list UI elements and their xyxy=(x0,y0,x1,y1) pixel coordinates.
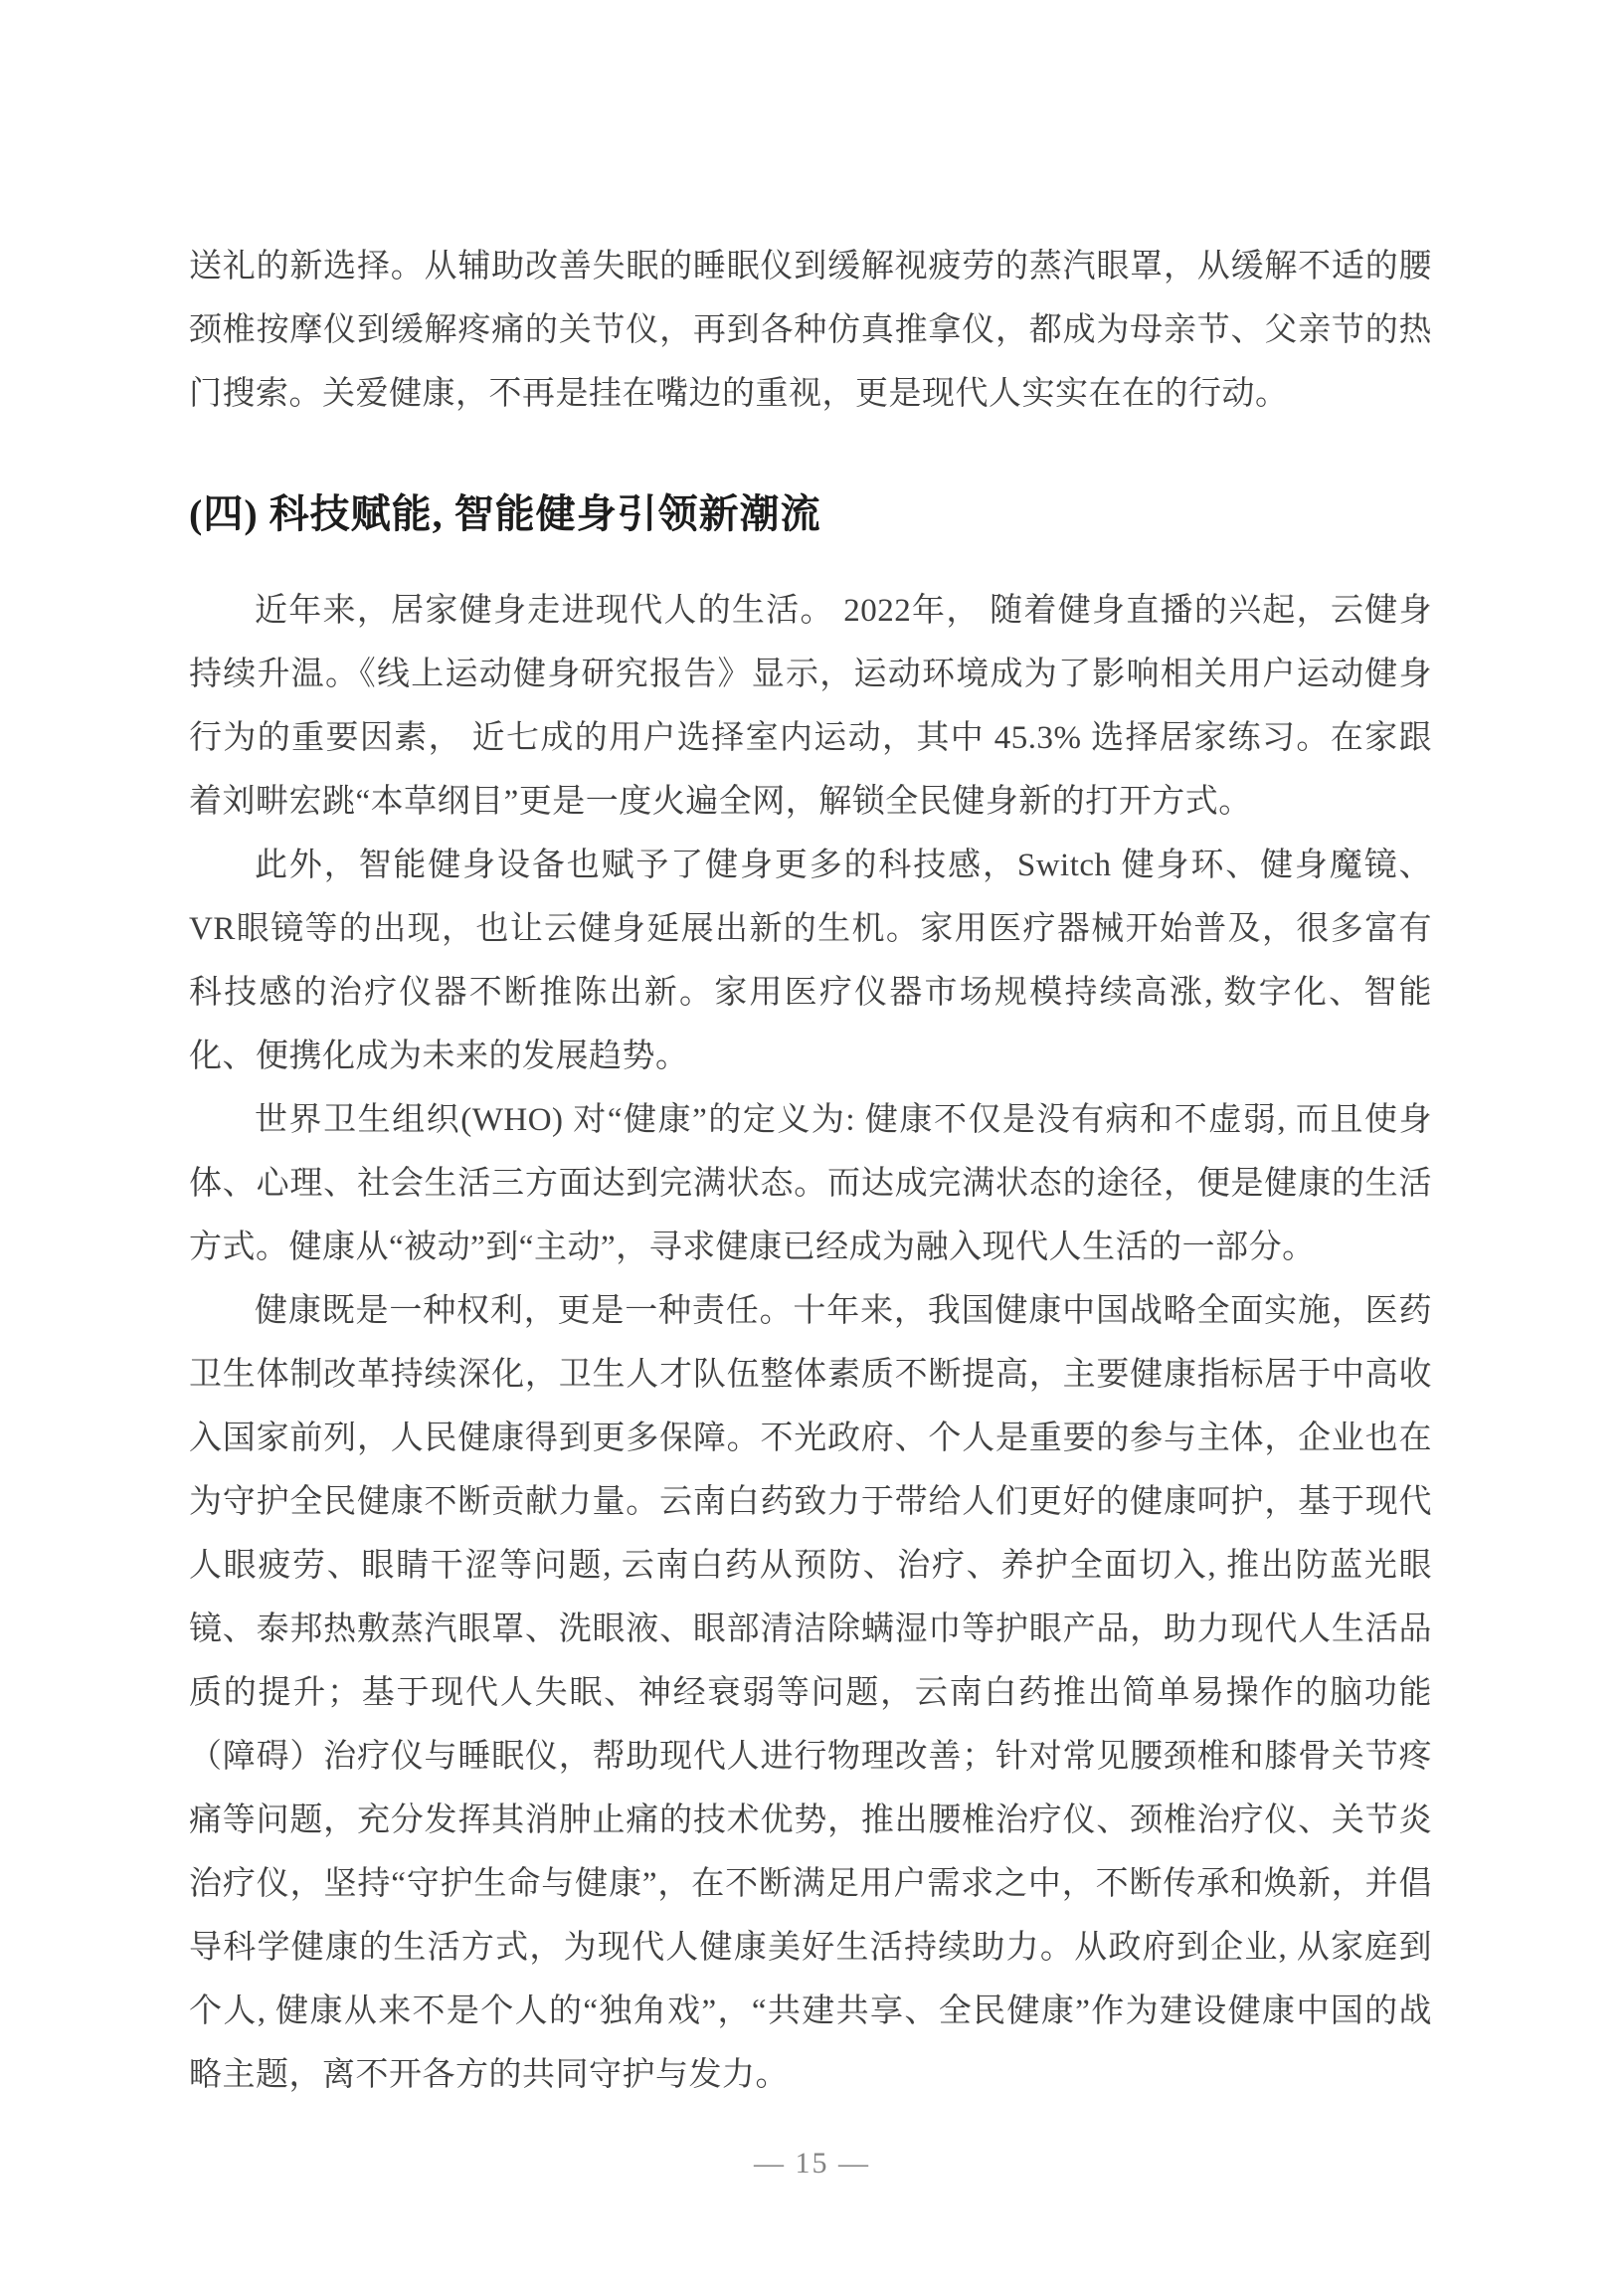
paragraph-smart-devices: 此外，智能健身设备也赋予了健身更多的科技感，Switch 健身环、健身魔镜、VR… xyxy=(189,834,1432,1088)
page-content: 送礼的新选择。从辅助改善失眠的睡眠仪到缓解视疲劳的蒸汽眼罩，从缓解不适的腰颈椎按… xyxy=(189,235,1432,2107)
paragraph-who-definition: 世界卫生组织(WHO) 对“健康”的定义为: 健康不仅是没有病和不虚弱, 而且使… xyxy=(189,1088,1432,1279)
section-heading: (四) 科技赋能, 智能健身引领新潮流 xyxy=(189,490,1432,538)
paragraph-health-strategy: 健康既是一种权利，更是一种责任。十年来，我国健康中国战略全面实施，医药卫生体制改… xyxy=(189,1279,1432,2107)
page-footer: — 15 — xyxy=(0,2147,1624,2181)
page-number: — 15 — xyxy=(754,2147,870,2180)
paragraph-home-fitness: 近年来，居家健身走进现代人的生活。 2022年， 随着健身直播的兴起，云健身持续… xyxy=(189,579,1432,834)
document-page: 送礼的新选择。从辅助改善失眠的睡眠仪到缓解视疲劳的蒸汽眼罩，从缓解不适的腰颈椎按… xyxy=(0,0,1624,2278)
paragraph-continuation: 送礼的新选择。从辅助改善失眠的睡眠仪到缓解视疲劳的蒸汽眼罩，从缓解不适的腰颈椎按… xyxy=(189,235,1432,426)
